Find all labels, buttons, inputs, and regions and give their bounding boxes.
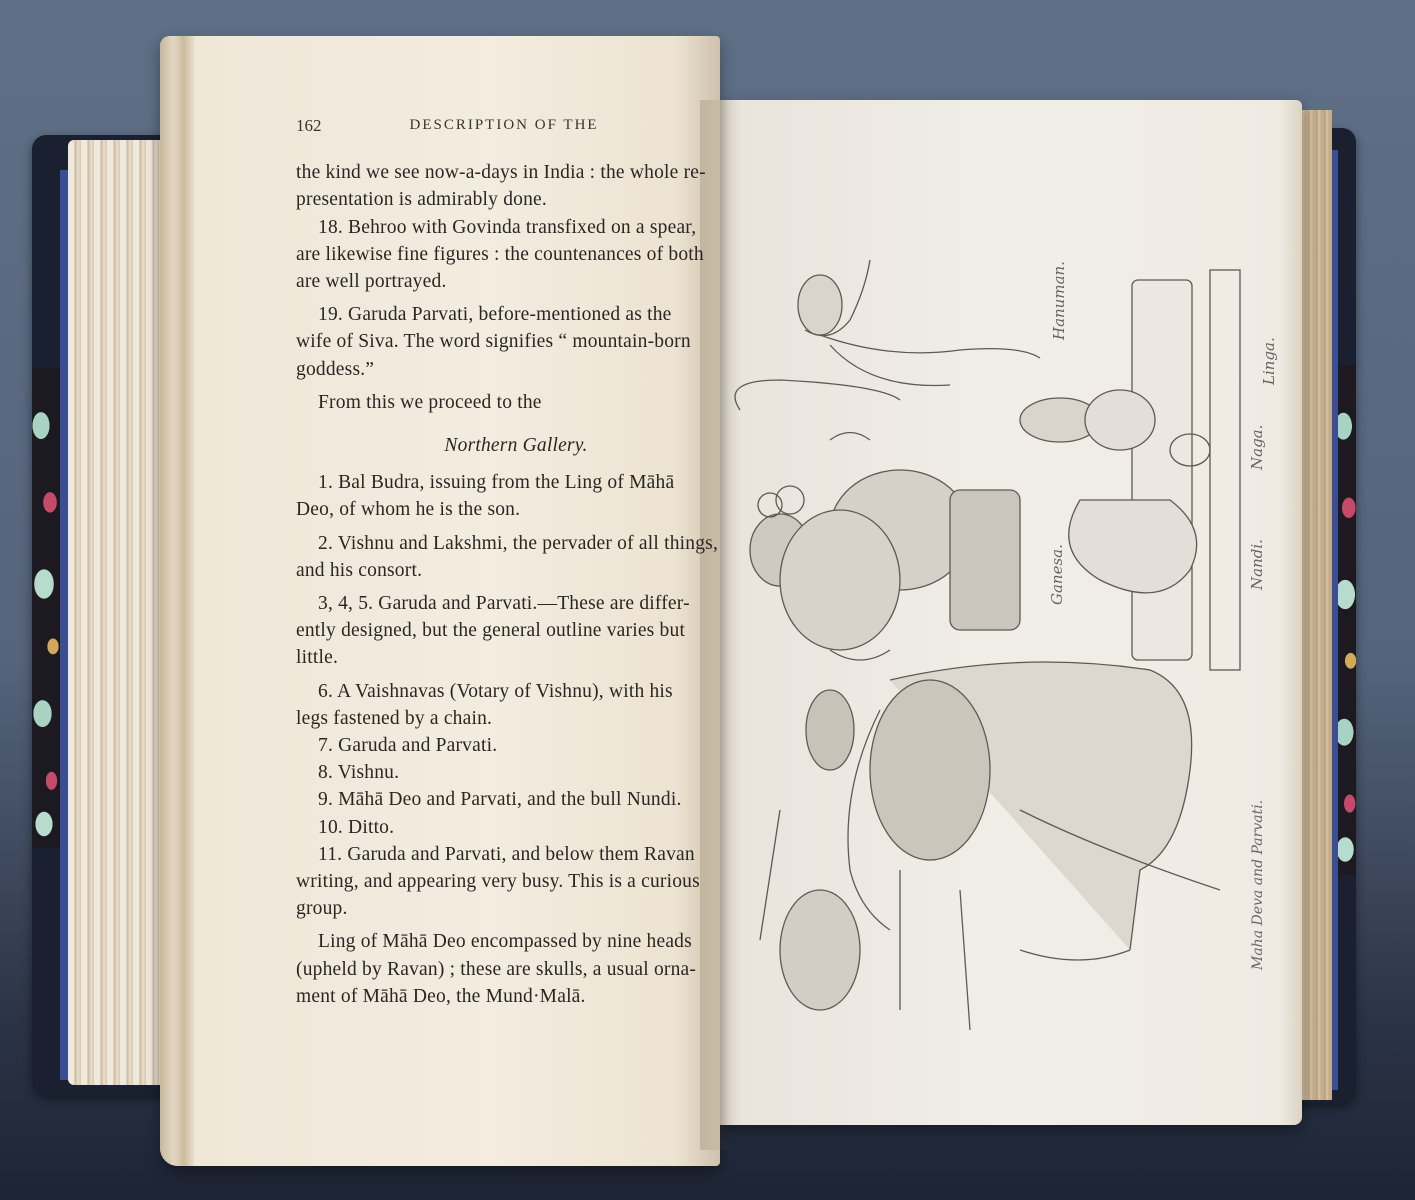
engraving-plate: [720, 250, 1280, 1070]
gallery-line: 9. Māhā Deo and Parvati, and the bull Nu…: [296, 786, 716, 813]
caption-linga: Linga.: [1260, 337, 1278, 385]
caption-ganesa: Ganesa.: [1048, 544, 1066, 605]
gallery-line: little.: [296, 644, 716, 671]
gallery-line: 11. Garuda and Parvati, and below them R…: [296, 841, 716, 868]
page-stack-left: [68, 140, 168, 1085]
gallery-line: 8. Vishnu.: [296, 759, 716, 786]
caption-maha-deva: Maha Deva and Parvati.: [1250, 800, 1266, 970]
marbled-endpaper-right: [1338, 365, 1356, 875]
text-line: are well portrayed.: [296, 268, 716, 295]
gallery-line: 3, 4, 5. Garuda and Parvati.—These are d…: [296, 590, 716, 617]
page-stack-right: [1298, 110, 1332, 1100]
gallery-line: 6. A Vaishnavas (Votary of Vishnu), with…: [296, 678, 716, 705]
gallery-line: legs fastened by a chain.: [296, 705, 716, 732]
maha-deva-parvati-figure: [760, 662, 1220, 1030]
text-line: the kind we see now-a-days in India : th…: [296, 159, 716, 186]
gallery-line: and his consort.: [296, 557, 716, 584]
ganesa-figure: [750, 470, 1020, 660]
gallery-line: group.: [296, 895, 716, 922]
text-line: presentation is admirably done.: [296, 186, 716, 213]
gallery-line: writing, and appearing very busy. This i…: [296, 868, 716, 895]
text-line: 19. Garuda Parvati, before-mentioned as …: [296, 301, 716, 328]
running-title: DESCRIPTION OF THE: [410, 112, 599, 139]
gallery-line: ently designed, but the general outline …: [296, 617, 716, 644]
text-line: 18. Behroo with Govinda transfixed on a …: [296, 214, 716, 241]
left-page-text: 162 DESCRIPTION OF THE the kind we see n…: [296, 112, 716, 1010]
page-number: 162: [296, 112, 322, 139]
gallery-line: 1. Bal Budra, issuing from the Ling of M…: [296, 469, 716, 496]
text-line: From this we proceed to the: [296, 389, 716, 416]
text-line: are likewise fine figures : the countena…: [296, 241, 716, 268]
gallery-line: Deo, of whom he is the son.: [296, 496, 716, 523]
running-head: 162 DESCRIPTION OF THE: [296, 112, 716, 139]
gallery-line: ment of Māhā Deo, the Mund·Malā.: [296, 983, 716, 1010]
hanuman-figure: [735, 260, 1040, 440]
gallery-line: 7. Garuda and Parvati.: [296, 732, 716, 759]
gallery-line: 10. Ditto.: [296, 814, 716, 841]
section-heading: Northern Gallery.: [316, 432, 716, 459]
caption-hanuman: Hanuman.: [1050, 261, 1068, 340]
gallery-line: Ling of Māhā Deo encompassed by nine hea…: [296, 928, 716, 955]
text-line: goddess.”: [296, 356, 716, 383]
text-line: wife of Siva. The word signifies “ mount…: [296, 328, 716, 355]
marbled-endpaper-left: [32, 368, 62, 848]
caption-naga: Naga.: [1248, 425, 1266, 470]
gallery-line: (upheld by Ravan) ; these are skulls, a …: [296, 956, 716, 983]
gallery-line: 2. Vishnu and Lakshmi, the pervader of a…: [296, 530, 716, 557]
left-page-curl-edge: [160, 36, 194, 1166]
caption-nandi: Nandi.: [1248, 539, 1266, 590]
